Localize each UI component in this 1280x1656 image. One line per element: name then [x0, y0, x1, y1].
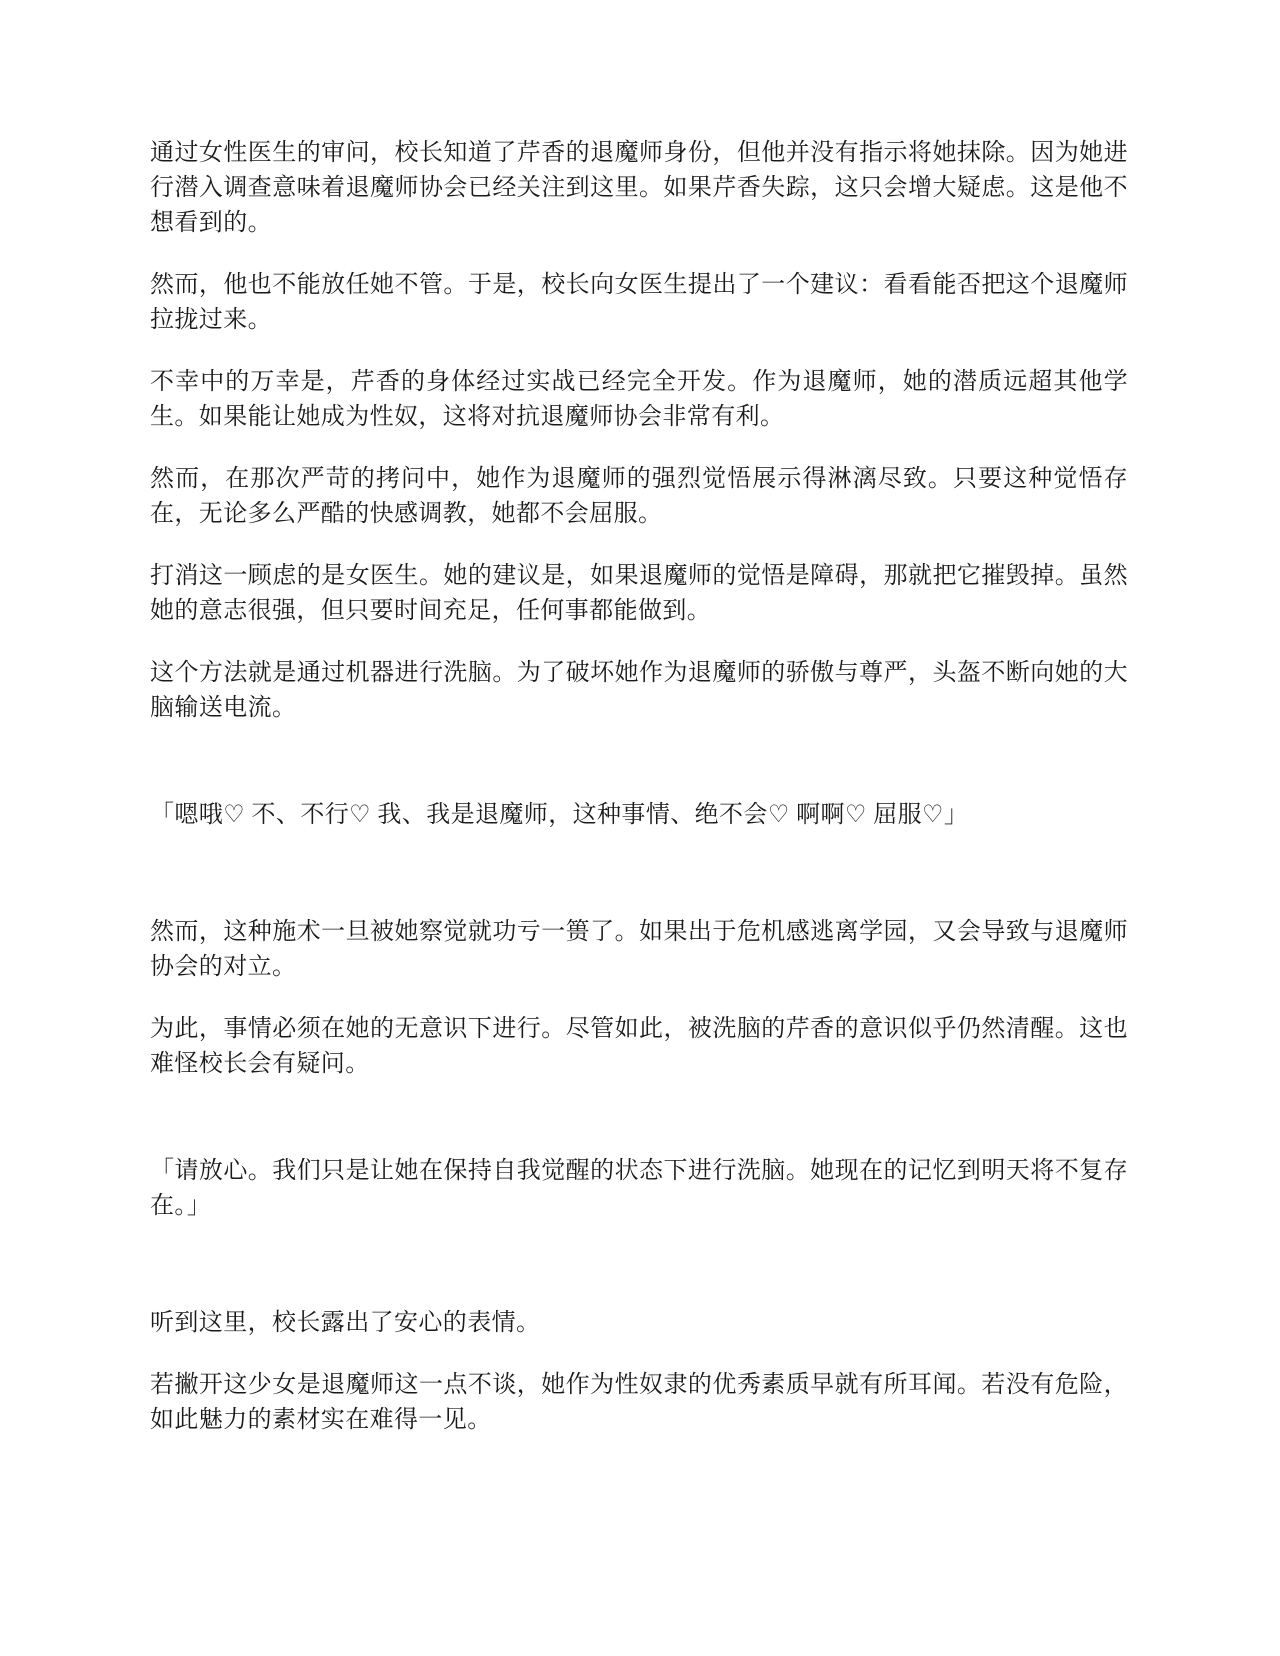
paragraph-01: 通过女性医生的审问，校长知道了芹香的退魔师身份，但他并没有指示将她抹除。因为她进… [150, 136, 1128, 241]
paragraph-09: 为此，事情必须在她的无意识下进行。尽管如此，被洗脑的芹香的意识似乎仍然清醒。这也… [150, 1012, 1128, 1082]
paragraph-04: 然而，在那次严苛的拷问中，她作为退魔师的强烈觉悟展示得淋漓尽致。只要这种觉悟存在… [150, 462, 1128, 532]
paragraph-02: 然而，他也不能放任她不管。于是，校长向女医生提出了一个建议：看看能否把这个退魔师… [150, 268, 1128, 338]
paragraph-03: 不幸中的万幸是，芹香的身体经过实战已经完全开发。作为退魔师，她的潜质远超其他学生… [150, 365, 1128, 435]
paragraph-05: 打消这一顾虑的是女医生。她的建议是，如果退魔师的觉悟是障碍，那就把它摧毁掉。虽然… [150, 559, 1128, 629]
text-content: 通过女性医生的审问，校长知道了芹香的退魔师身份，但他并没有指示将她抹除。因为她进… [0, 0, 1280, 1438]
paragraph-11: 听到这里，校长露出了安心的表情。 [150, 1306, 1128, 1341]
paragraph-12: 若撇开这少女是退魔师这一点不谈，她作为性奴隶的优秀素质早就有所耳闻。若没有危险，… [150, 1368, 1128, 1438]
dialogue-line-1: 「嗯哦♡ 不、不行♡ 我、我是退魔师，这种事情、绝不会♡ 啊啊♡ 屈服♡」 [150, 798, 1128, 833]
document-page: 通过女性医生的审问，校长知道了芹香的退魔师身份，但他并没有指示将她抹除。因为她进… [0, 0, 1280, 1656]
dialogue-line-2: 「请放心。我们只是让她在保持自我觉醒的状态下进行洗脑。她现在的记忆到明天将不复存… [150, 1154, 1128, 1224]
paragraph-06: 这个方法就是通过机器进行洗脑。为了破坏她作为退魔师的骄傲与尊严，头盔不断向她的大… [150, 656, 1128, 726]
paragraph-08: 然而，这种施术一旦被她察觉就功亏一篑了。如果出于危机感逃离学园，又会导致与退魔师… [150, 915, 1128, 985]
